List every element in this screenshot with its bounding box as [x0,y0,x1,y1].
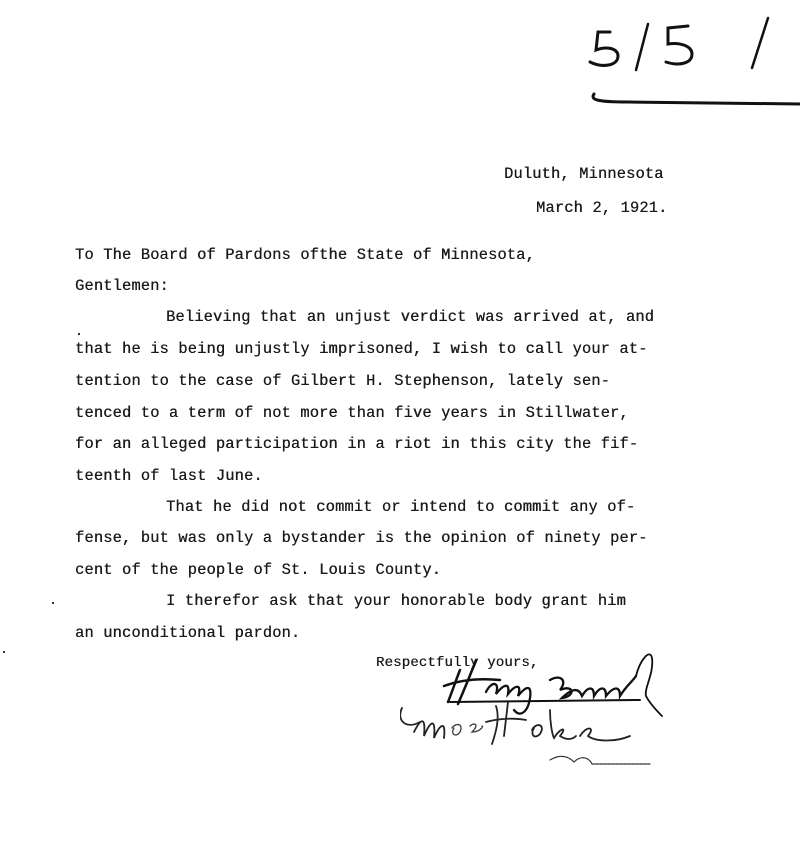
body-line: fense, but was only a bystander is the o… [75,529,648,547]
body-line: that he is being unjustly imprisoned, I … [75,340,648,358]
handwritten-file-number: 5151 [588,4,800,114]
scan-speck [3,651,5,653]
body-line: teenth of last June. [75,467,263,485]
letter-place: Duluth, Minnesota [504,165,664,183]
letter-page: 5151 Duluth, Minnesota March 2, 1921. To… [0,0,800,861]
letter-addressee: To The Board of Pardons ofthe State of M… [75,246,535,264]
body-line: tention to the case of Gilbert H. Stephe… [75,372,610,390]
letter-salutation: Gentlemen: [75,277,169,295]
body-line: tenced to a term of not more than five y… [75,404,629,422]
body-line: cent of the people of St. Louis County. [75,561,441,579]
scan-speck [78,333,80,335]
body-line: an unconditional pardon. [75,624,300,642]
scan-speck [52,602,54,604]
file-number-ink: 5151 [588,4,800,114]
body-line: Believing that an unjust verdict was arr… [166,308,654,326]
handwritten-signatures [400,640,730,780]
body-line: That he did not commit or intend to comm… [166,498,635,516]
body-line: I therefor ask that your honorable body … [166,592,626,610]
letter-date: March 2, 1921. [536,199,667,217]
body-line: for an alleged participation in a riot i… [75,435,638,453]
signature-ink [400,640,730,780]
